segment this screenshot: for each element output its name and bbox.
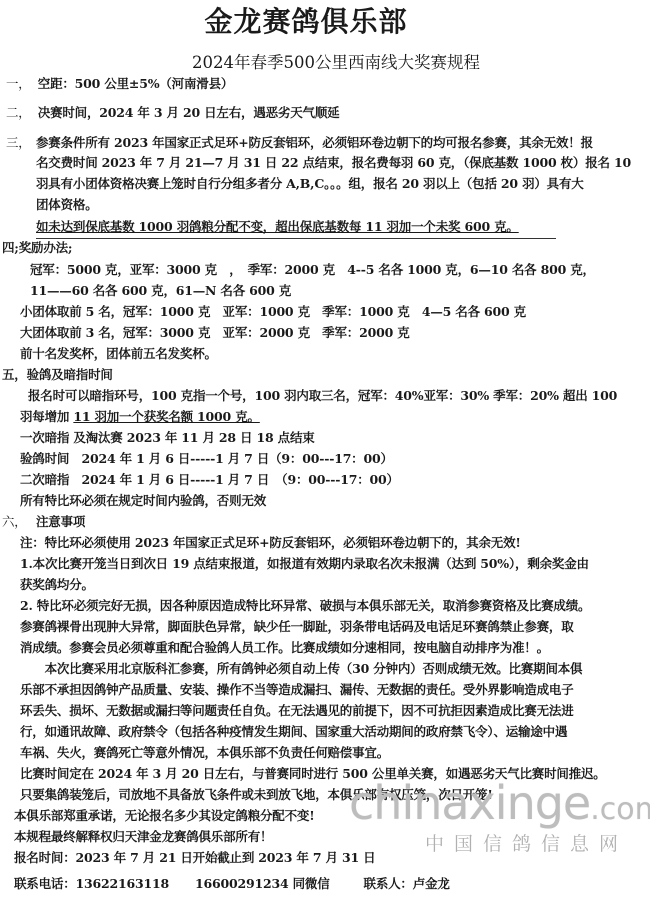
section-6-line-9: 环丢失、损坏、无数据或漏扫等问题责任自负。在无法遇见的前提下，因不可抗拒因素造成…: [20, 701, 574, 721]
section-6-line-10: 行，如通讯故障、政府禁令（包括各种疫情发生期间、国家重大活动期间的政府禁飞令）、…: [20, 722, 567, 742]
section-5-line-6: 所有特比环必须在规定时间内验鸽，否则无效: [20, 491, 266, 511]
section-6-line-2: 1.本次比赛开笼当日到次日 19 点结束报道，如报道有效期内录取名次未报满（达到…: [20, 554, 589, 574]
club-name: 金龙赛鸽俱乐部: [0, 4, 650, 40]
section-1-text: 空距：500 公里±5%（河南滑县）: [38, 76, 233, 91]
watermark-domain-main: chinaxinge: [349, 776, 590, 830]
section-6-heading: 注意事项: [36, 512, 85, 532]
section-5-line-2-prefix: 羽每增加: [20, 409, 73, 424]
section-6-line-7: 本次比赛采用北京版科汇参赛，所有鸽钟必须自动上传（30 分钟内）否则成绩无效。比…: [20, 659, 582, 679]
race-title: 2024年春季500公里西南线大奖赛规程: [0, 52, 650, 74]
section-3-number: 三，: [6, 133, 31, 153]
section-5-line-2-underlined: 11 羽加一个获奖名额 1000 克。: [73, 409, 259, 424]
section-5-line-5: 二次暗指 2024 年 1 月 6 日-----1 月 7 日 （9：00---…: [20, 470, 399, 490]
section-6-line-8: 乐部不承担因鸽钟产品质量、安装、操作不当等造成漏扫、漏传、无数据的责任。受外界影…: [20, 680, 574, 700]
section-6-line-16: 报名时间：2023 年 7 月 21 日开始截止到 2023 年 7 月 31 …: [14, 848, 375, 868]
section-6-line-1: 注：特比环必须使用 2023 年国家正式足环+防反套铝环，必须铝环卷边朝下的，其…: [20, 533, 521, 553]
section-4-line-1: 冠军：5000 克，亚军：3000 克 ， 季军：2000 克 4--5 名各 …: [30, 260, 595, 280]
section-4-line-4: 大团体取前 3 名，冠军：3000 克 亚军：2000 克 季军：2000 克: [20, 323, 410, 343]
section-3-line-4: 团体资格。: [36, 195, 98, 215]
section-4-line-5: 前十名发奖杯，团体前五名发奖杯。: [20, 344, 217, 364]
watermark-domain-tld: .com: [590, 792, 650, 827]
section-5-line-4: 验鸽时间 2024 年 1 月 6 日-----1 月 7 日（9：00---1…: [20, 449, 393, 469]
section-2: 二， 决赛时间，2024 年 3 月 20 日左右，遇恶劣天气顺延: [6, 103, 339, 123]
section-6-line-15: 本规程最终解释权归天津金龙赛鸽俱乐部所有！: [14, 827, 272, 847]
section-4-line-2: 11——60 名各 600 克，61—N 名各 600 克: [30, 281, 291, 301]
phone-label: 联系电话：: [14, 876, 76, 891]
section-6-line-6: 消成绩。参赛会员必须尊重和配合验鸽人员工作。比赛成绩如分速相同，按电脑自动排序为…: [20, 638, 549, 658]
phone-2: 16600291234 同微信: [195, 876, 330, 891]
section-5-line-2: 羽每增加 11 羽加一个获奖名额 1000 克。: [20, 407, 260, 427]
section-5-line-1: 报名时可以暗指环号，100 克指一个号，100 羽内取三名，冠军：40%亚军：3…: [28, 386, 617, 406]
section-6-line-4: 2. 特比环必须完好无损，因各种原因造成特比环异常、破损与本俱乐部无关，取消参赛…: [20, 596, 590, 616]
contact-person: 卢金龙: [413, 876, 450, 891]
section-5-heading: 五，验鸽及暗指时间: [2, 365, 113, 385]
watermark-domain: chinaxinge.com: [349, 778, 650, 835]
section-5-line-3: 一次暗指 及淘汰赛 2023 年 11 月 28 日 18 点结束: [20, 428, 315, 448]
section-4-line-3: 小团体取前 5 名，冠军：1000 克 亚军：1000 克 季军：1000 克 …: [20, 302, 526, 322]
divider-line: [36, 238, 556, 239]
section-2-number: 二，: [6, 103, 34, 123]
contact-person-label: 联系人：: [364, 876, 413, 891]
section-6-line-3: 获奖鸽均分。: [20, 575, 94, 595]
section-6-line-14: 本俱乐部郑重承诺，无论报名多少其设定鸽粮分配不变!: [14, 806, 315, 826]
section-3-underlined-note: 如未达到保底基数 1000 羽鸽粮分配不变，超出保底基数每 11 羽加一个未奖 …: [36, 217, 519, 237]
section-3-line-1: 参赛条件所有 2023 年国家正式足环+防反套铝环，必须铝环卷边朝下的均可报名参…: [36, 133, 593, 153]
section-2-text: 决赛时间，2024 年 3 月 20 日左右，遇恶劣天气顺延: [38, 105, 340, 120]
section-1-number: 一，: [6, 74, 34, 94]
phone-1: 13622163118: [76, 876, 169, 891]
section-3-line-3: 羽具有小团体资格决赛上笼时自行分组多者分 A,B,C。。。组，报名 20 羽以上…: [36, 174, 584, 194]
contact-row: 联系电话：1362216311816600291234 同微信联系人：卢金龙: [14, 874, 450, 894]
section-6-line-11: 车祸、失火，赛鸽死亡等意外情况，本俱乐部不负责任何赔偿事宜。: [20, 743, 389, 763]
section-1: 一， 空距：500 公里±5%（河南滑县）: [6, 74, 233, 94]
section-6-line-5: 参赛鸽裸骨出现肿大异常，脚面肤色异常，缺少任一脚趾，羽条带电话码及电话足环赛鸽禁…: [20, 617, 574, 637]
section-4-heading: 四;奖励办法;: [2, 238, 72, 258]
section-3-line-2: 名交费时间 2023 年 7 月 21—7 月 31 日 22 点结束，报名费每…: [36, 153, 631, 173]
watermark-site-name: 中国信鸽信息网: [425, 832, 628, 856]
section-6-number: 六，: [2, 512, 27, 532]
